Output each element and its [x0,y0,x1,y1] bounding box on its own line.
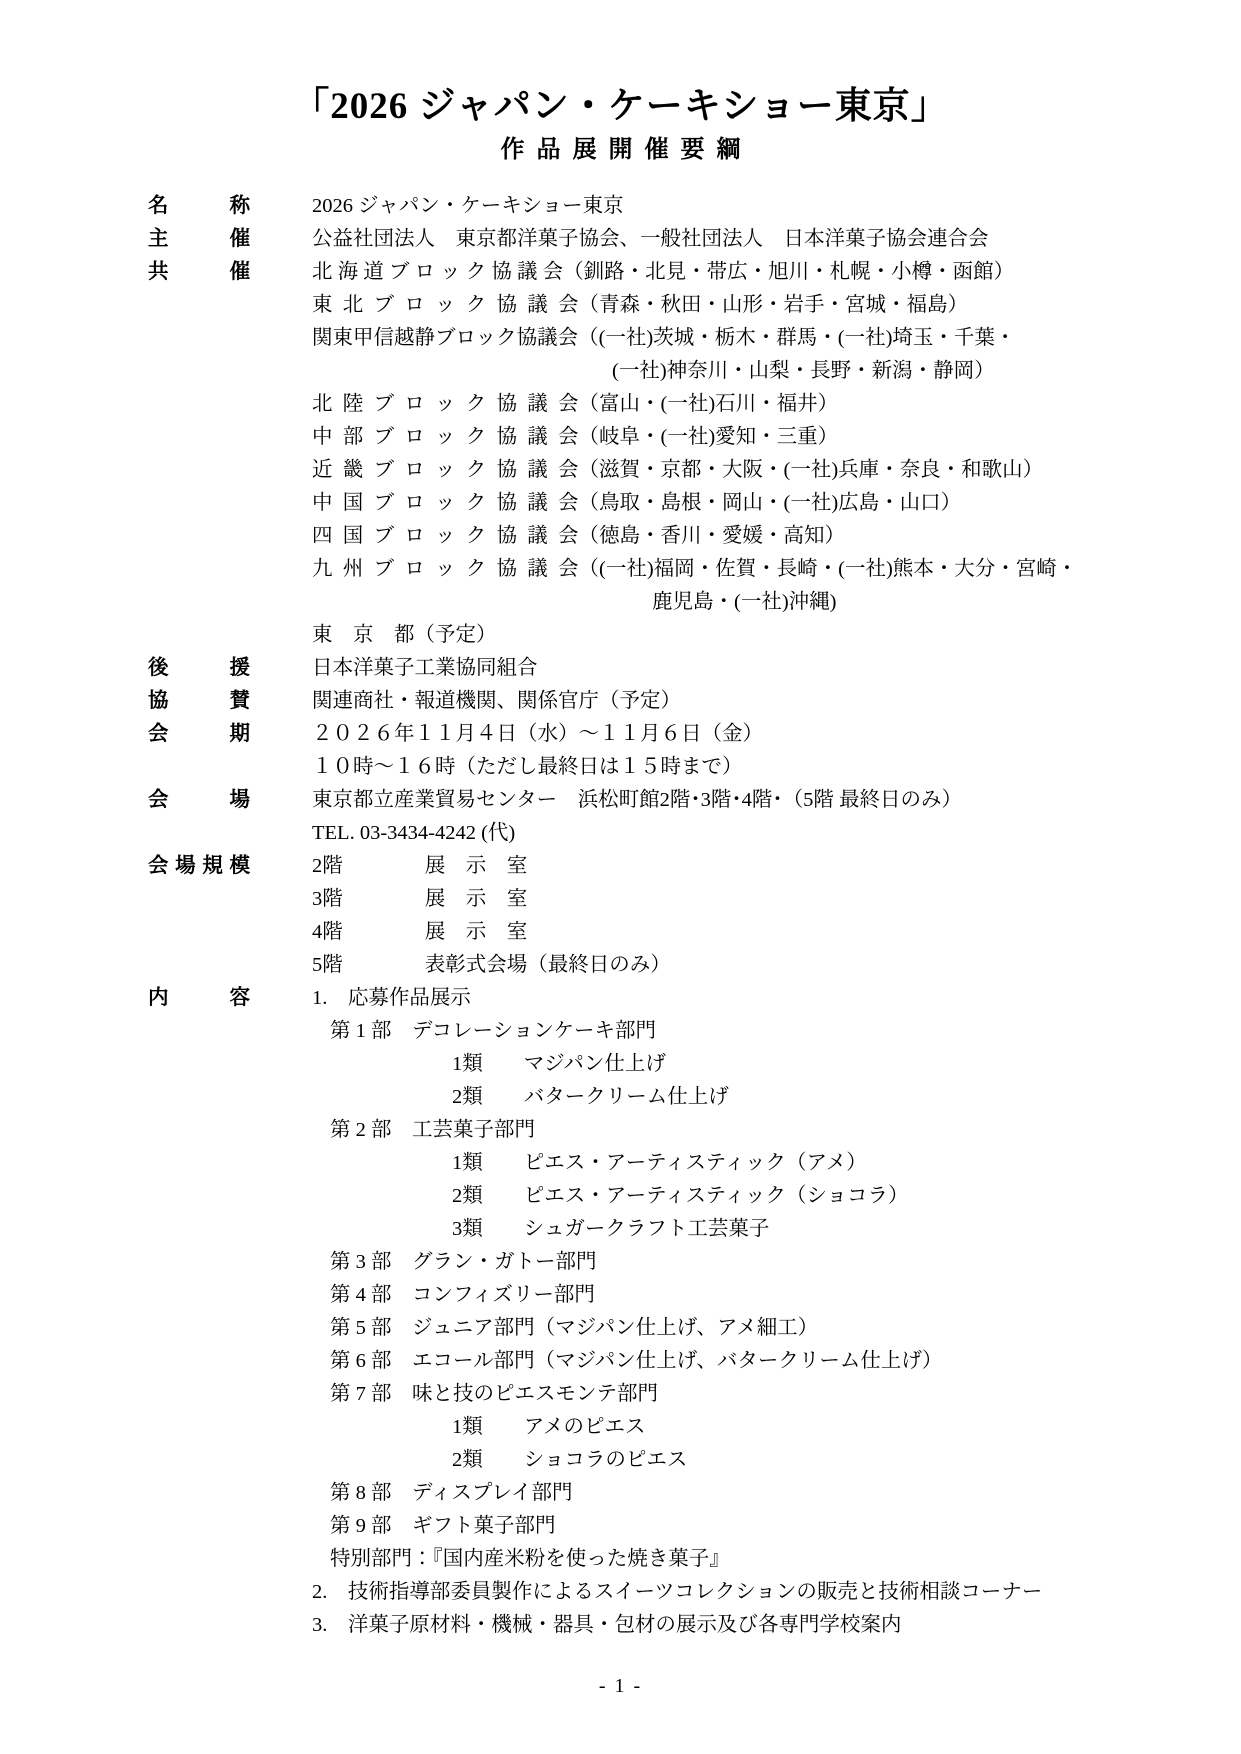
doc-line: 2類 ピエス・アーティスティック（ショコラ） [312,1180,1241,1213]
field-label-contents: 内容 [148,982,250,1015]
label-char: 場 [175,850,196,883]
doc-line: 第 7 部 味と技のピエスモンテ部門 [312,1378,1241,1411]
field-label-organizer: 主催 [148,223,250,256]
doc-line: 第 2 部 工芸菓子部門 [312,1114,1241,1147]
field-content-co-organizer: 北 海 道 ブ ロ ッ ク 協 議 会（釧路・北見・帯広・旭川・札幌・小樽・函館… [312,256,1241,652]
doc-line: ２０２６年１１月４日（水）～１１月６日（金） [312,718,1241,751]
field-row-support: 後援日本洋菓子工業協同組合 [0,652,1241,685]
label-char: 共 [148,256,169,289]
field-content-name: 2026 ジャパン・ケーキショー東京 [312,190,1241,223]
doc-line: 九 州 ブ ロ ッ ク 協 議 会（(一社)福岡・佐賀・長崎・(一社)熊本・大分… [312,553,1241,586]
label-char: 称 [230,190,251,223]
label-char: 後 [148,652,169,685]
doc-line: 近 畿 ブ ロ ッ ク 協 議 会（滋賀・京都・大阪・(一社)兵庫・奈良・和歌山… [312,454,1241,487]
doc-line: 1類 マジパン仕上げ [312,1048,1241,1081]
doc-line: 第 5 部 ジュニア部門（マジパン仕上げ、アメ細工） [312,1312,1241,1345]
doc-line: 東 北 ブ ロ ッ ク 協 議 会（青森・秋田・山形・岩手・宮城・福島） [312,289,1241,322]
doc-line: 第 6 部 エコール部門（マジパン仕上げ、バタークリーム仕上げ） [312,1345,1241,1378]
doc-line: 特別部門：『国内産米粉を使った焼き菓子』 [312,1543,1241,1576]
label-char: 内 [148,982,169,1015]
doc-line: 2. 技術指導部委員製作によるスイーツコレクションの販売と技術相談コーナー [312,1576,1241,1609]
field-label-dates: 会期 [148,718,250,751]
label-char: 催 [230,256,251,289]
field-label-co-organizer: 共催 [148,256,250,289]
field-label-support: 後援 [148,652,250,685]
doc-line: 3類 シュガークラフト工芸菓子 [312,1213,1241,1246]
doc-line: 鹿児島・(一社)沖縄) [312,586,1241,619]
field-content-organizer: 公益社団法人 東京都洋菓子協会、一般社団法人 日本洋菓子協会連合会 [312,223,1241,256]
label-char: 名 [148,190,169,223]
doc-line: 1類 アメのピエス [312,1411,1241,1444]
label-char: 会 [148,784,169,817]
field-row-venue-scale: 会場規模2階 展 示 室3階 展 示 室4階 展 示 室5階 表彰式会場（最終日… [0,850,1241,982]
label-char: 主 [148,223,169,256]
label-char: 会 [148,718,169,751]
label-char: 援 [230,652,251,685]
label-char: 会 [148,850,169,883]
doc-line: １０時～１６時（ただし最終日は１５時まで） [312,751,1241,784]
field-content-contents: 1. 応募作品展示第 1 部 デコレーションケーキ部門1類 マジパン仕上げ2類 … [312,982,1241,1642]
page-number: - 1 - [0,1674,1241,1698]
field-row-name: 名称2026 ジャパン・ケーキショー東京 [0,190,1241,223]
doc-line: 東 京 都（予定） [312,619,1241,652]
doc-line: 四 国 ブ ロ ッ ク 協 議 会（徳島・香川・愛媛・高知） [312,520,1241,553]
doc-line: 第 3 部 グラン・ガトー部門 [312,1246,1241,1279]
doc-line: 関連商社・報道機関、関係官庁（予定） [312,685,1241,718]
doc-line: TEL. 03-3434-4242 (代) [312,817,1241,850]
field-label-venue: 会場 [148,784,250,817]
doc-line: 東京都立産業貿易センター 浜松町館2階･3階･4階･（5階 最終日のみ） [312,784,1241,817]
label-char: 期 [230,718,251,751]
field-content-sponsorship: 関連商社・報道機関、関係官庁（予定） [312,685,1241,718]
doc-line: 日本洋菓子工業協同組合 [312,652,1241,685]
doc-line: 1. 応募作品展示 [312,982,1241,1015]
doc-line: 北 陸 ブ ロ ッ ク 協 議 会（富山・(一社)石川・福井） [312,388,1241,421]
field-row-venue: 会場東京都立産業貿易センター 浜松町館2階･3階･4階･（5階 最終日のみ）TE… [0,784,1241,850]
doc-line: 5階 表彰式会場（最終日のみ） [312,949,1241,982]
field-row-contents: 内容1. 応募作品展示第 1 部 デコレーションケーキ部門1類 マジパン仕上げ2… [0,982,1241,1642]
field-row-sponsorship: 協賛関連商社・報道機関、関係官庁（予定） [0,685,1241,718]
doc-line: 2類 バタークリーム仕上げ [312,1081,1241,1114]
field-content-dates: ２０２６年１１月４日（水）～１１月６日（金）１０時～１６時（ただし最終日は１５時… [312,718,1241,784]
doc-line: 1類 ピエス・アーティスティック（アメ） [312,1147,1241,1180]
field-label-venue-scale: 会場規模 [148,850,250,883]
field-row-organizer: 主催公益社団法人 東京都洋菓子協会、一般社団法人 日本洋菓子協会連合会 [0,223,1241,256]
label-char: 規 [202,850,223,883]
document-body: 名称2026 ジャパン・ケーキショー東京主催公益社団法人 東京都洋菓子協会、一般… [0,190,1241,1642]
doc-line: 第 4 部 コンフィズリー部門 [312,1279,1241,1312]
label-char: 容 [230,982,251,1015]
label-char: 模 [229,850,250,883]
doc-line: 2階 展 示 室 [312,850,1241,883]
doc-line: 中 国 ブ ロ ッ ク 協 議 会（鳥取・島根・岡山・(一社)広島・山口） [312,487,1241,520]
label-char: 賛 [230,685,251,718]
document-title: 「2026 ジャパン・ケーキショー東京」 [0,84,1241,130]
doc-line: 中 部 ブ ロ ッ ク 協 議 会（岐阜・(一社)愛知・三重） [312,421,1241,454]
document-page: 「2026 ジャパン・ケーキショー東京」 作品展開催要綱 名称2026 ジャパン… [0,0,1241,1754]
doc-line: 3階 展 示 室 [312,883,1241,916]
field-label-sponsorship: 協賛 [148,685,250,718]
doc-line: (一社)神奈川・山梨・長野・新潟・静岡） [312,355,1241,388]
doc-line: 関東甲信越静ブロック協議会（(一社)茨城・栃木・群馬・(一社)埼玉・千葉・ [312,322,1241,355]
label-char: 催 [230,223,251,256]
field-row-co-organizer: 共催北 海 道 ブ ロ ッ ク 協 議 会（釧路・北見・帯広・旭川・札幌・小樽・… [0,256,1241,652]
doc-line: 3. 洋菓子原材料・機械・器具・包材の展示及び各専門学校案内 [312,1609,1241,1642]
field-content-support: 日本洋菓子工業協同組合 [312,652,1241,685]
field-content-venue-scale: 2階 展 示 室3階 展 示 室4階 展 示 室5階 表彰式会場（最終日のみ） [312,850,1241,982]
doc-line: 4階 展 示 室 [312,916,1241,949]
doc-line: 第 1 部 デコレーションケーキ部門 [312,1015,1241,1048]
field-row-dates: 会期２０２６年１１月４日（水）～１１月６日（金）１０時～１６時（ただし最終日は１… [0,718,1241,784]
doc-line: 第 9 部 ギフト菓子部門 [312,1510,1241,1543]
field-content-venue: 東京都立産業貿易センター 浜松町館2階･3階･4階･（5階 最終日のみ）TEL.… [312,784,1241,850]
document-subtitle: 作品展開催要綱 [0,134,1241,167]
doc-line: 北 海 道 ブ ロ ッ ク 協 議 会（釧路・北見・帯広・旭川・札幌・小樽・函館… [312,256,1241,289]
doc-line: 第 8 部 ディスプレイ部門 [312,1477,1241,1510]
field-label-name: 名称 [148,190,250,223]
label-char: 場 [230,784,251,817]
doc-line: 2026 ジャパン・ケーキショー東京 [312,190,1241,223]
doc-line: 公益社団法人 東京都洋菓子協会、一般社団法人 日本洋菓子協会連合会 [312,223,1241,256]
label-char: 協 [148,685,169,718]
doc-line: 2類 ショコラのピエス [312,1444,1241,1477]
